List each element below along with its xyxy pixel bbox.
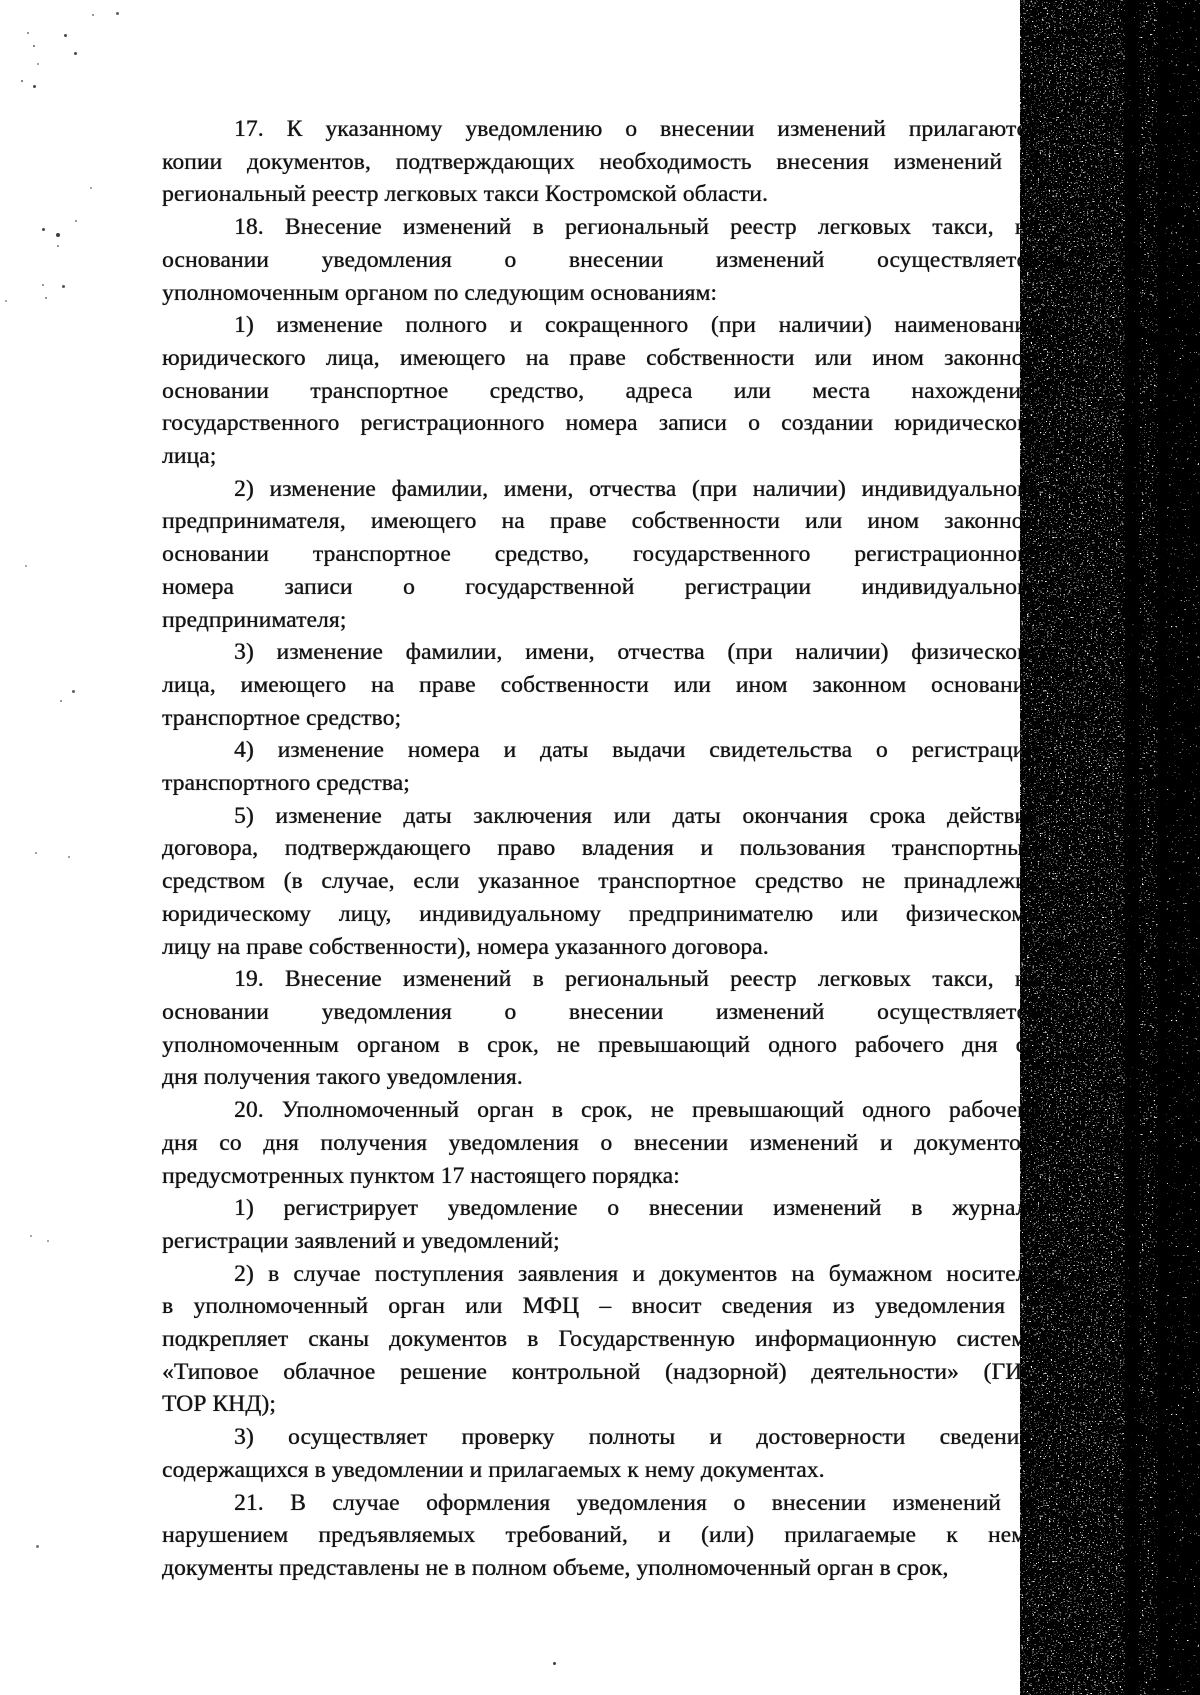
paragraph-item-21: 21. В случае оформления уведомления о вн… [162, 1487, 1038, 1585]
scan-speck [1075, 120, 1078, 123]
text-line: 1) регистрирует уведомление о внесении и… [162, 1192, 1038, 1225]
scanned-page: 17. К указанному уведомлению о внесении … [0, 0, 1200, 1695]
text-line: номера записи о государственной регистра… [162, 571, 1038, 604]
scan-speck [75, 220, 77, 222]
text-line: средством (в случае, если указанное тран… [162, 865, 1038, 898]
text-line: в уполномоченный орган или МФЦ – вносит … [162, 1290, 1038, 1323]
text-line: 20. Уполномоченный орган в срок, не прев… [162, 1094, 1038, 1127]
paragraph-item-20-sub-1: 1) регистрирует уведомление о внесении и… [162, 1192, 1038, 1257]
paragraph-item-18: 18. Внесение изменений в региональный ре… [162, 211, 1038, 309]
scan-speck [1060, 40, 1062, 42]
scan-speck [27, 32, 29, 34]
text-line: основании транспортное средство, государ… [162, 538, 1038, 571]
text-line: региональный реестр легковых такси Костр… [162, 178, 1038, 211]
scan-speck [1055, 300, 1057, 302]
scan-speck [92, 14, 94, 16]
scan-speck [33, 85, 36, 88]
text-line: 17. К указанному уведомлению о внесении … [162, 113, 1038, 146]
scan-speck [5, 300, 7, 302]
text-line: 2) в случае поступления заявления и доку… [162, 1258, 1038, 1291]
text-line: 19. Внесение изменений в региональный ре… [162, 963, 1038, 996]
scan-speck [1066, 1500, 1068, 1502]
text-line: нарушением предъявляемых требований, и (… [162, 1519, 1038, 1552]
paragraph-item-18-sub-3: 3) изменение фамилии, имени, отчества (п… [162, 636, 1038, 734]
text-line: регистрации заявлений и уведомлений; [162, 1225, 1038, 1258]
scan-speck [45, 297, 47, 299]
scan-speck [1082, 880, 1084, 882]
scan-speck [35, 852, 37, 854]
text-line: 4) изменение номера и даты выдачи свидет… [162, 734, 1038, 767]
text-line: государственного регистрационного номера… [162, 407, 1038, 440]
text-line: лица; [162, 440, 1038, 473]
text-line: уполномоченным органом в срок, не превыш… [162, 1029, 1038, 1062]
text-line: предпринимателя; [162, 604, 1038, 637]
scan-speck [56, 233, 60, 237]
text-line: 18. Внесение изменений в региональный ре… [162, 211, 1038, 244]
scan-speck [1078, 1300, 1080, 1302]
scan-speck [62, 285, 65, 288]
paragraph-item-18-sub-5: 5) изменение даты заключения или даты ок… [162, 800, 1038, 964]
scan-speck [36, 1545, 39, 1548]
text-line: юридическому лицу, индивидуальному предп… [162, 898, 1038, 931]
scan-noise-edge [1020, 0, 1200, 1695]
text-line: 2) изменение фамилии, имени, отчества (п… [162, 473, 1038, 506]
text-line: подкрепляет сканы документов в Государст… [162, 1323, 1038, 1356]
paragraph-item-20: 20. Уполномоченный орган в срок, не прев… [162, 1094, 1038, 1192]
scan-speck [72, 690, 75, 693]
scan-speck [42, 228, 45, 231]
paragraph-item-20-sub-3: 3) осуществляет проверку полноты и досто… [162, 1421, 1038, 1486]
text-line: ТОР КНД); [162, 1388, 1038, 1421]
document-text: 17. К указанному уведомлению о внесении … [162, 113, 1038, 1585]
text-line: дня со дня получения уведомления о внесе… [162, 1127, 1038, 1160]
text-line: транспортное средство; [162, 702, 1038, 735]
scan-speck [74, 52, 77, 55]
scan-speck [1080, 420, 1083, 423]
scan-speck [37, 63, 39, 65]
text-line: 3) изменение фамилии, имени, отчества (п… [162, 636, 1038, 669]
scan-speck [21, 80, 23, 82]
paragraph-item-20-sub-2: 2) в случае поступления заявления и доку… [162, 1258, 1038, 1422]
text-line: лица, имеющего на праве собственности ил… [162, 669, 1038, 702]
text-line: 1) изменение полного и сокращенного (при… [162, 309, 1038, 342]
scan-speck [33, 45, 35, 47]
scan-speck [64, 34, 67, 37]
text-line: лицу на праве собственности), номера ука… [162, 931, 1038, 964]
text-line: «Типовое облачное решение контрольной (н… [162, 1356, 1038, 1389]
text-line: дня получения такого уведомления. [162, 1061, 1038, 1094]
text-line: документы представлены не в полном объем… [162, 1552, 1038, 1585]
text-line: предпринимателя, имеющего на праве собст… [162, 505, 1038, 538]
text-line: основании уведомления о внесении изменен… [162, 244, 1038, 277]
text-line: 5) изменение даты заключения или даты ок… [162, 800, 1038, 833]
text-line: транспортного средства; [162, 767, 1038, 800]
scan-speck [60, 700, 62, 702]
text-line: договора, подтверждающего право владения… [162, 832, 1038, 865]
text-line: основании уведомления о внесении изменен… [162, 996, 1038, 1029]
text-line: копии документов, подтверждающих необход… [162, 146, 1038, 179]
scan-speck [57, 245, 59, 247]
scan-speck [90, 187, 92, 189]
paragraph-item-19: 19. Внесение изменений в региональный ре… [162, 963, 1038, 1094]
scan-speck [47, 1240, 49, 1242]
paragraph-item-18-sub-1: 1) изменение полного и сокращенного (при… [162, 309, 1038, 473]
paragraph-item-18-sub-2: 2) изменение фамилии, имени, отчества (п… [162, 473, 1038, 637]
scan-speck [42, 284, 44, 286]
text-line: юридического лица, имеющего на праве соб… [162, 342, 1038, 375]
paragraph-item-17: 17. К указанному уведомлению о внесении … [162, 113, 1038, 211]
scan-speck [1060, 700, 1062, 702]
scan-speck [68, 856, 70, 858]
text-line: 3) осуществляет проверку полноты и досто… [162, 1421, 1038, 1454]
text-line: содержащихся в уведомлении и прилагаемых… [162, 1454, 1038, 1487]
text-line: предусмотренных пунктом 17 настоящего по… [162, 1160, 1038, 1193]
text-line: уполномоченным органом по следующим осно… [162, 277, 1038, 310]
text-line: основании транспортное средство, адреса … [162, 375, 1038, 408]
paragraph-item-18-sub-4: 4) изменение номера и даты выдачи свидет… [162, 734, 1038, 799]
scan-speck [25, 565, 27, 567]
scan-speck [30, 1235, 32, 1237]
text-line: 21. В случае оформления уведомления о вн… [162, 1487, 1038, 1520]
scan-speck [116, 12, 119, 15]
scan-speck [553, 1662, 556, 1665]
scan-speck [1057, 1050, 1060, 1053]
